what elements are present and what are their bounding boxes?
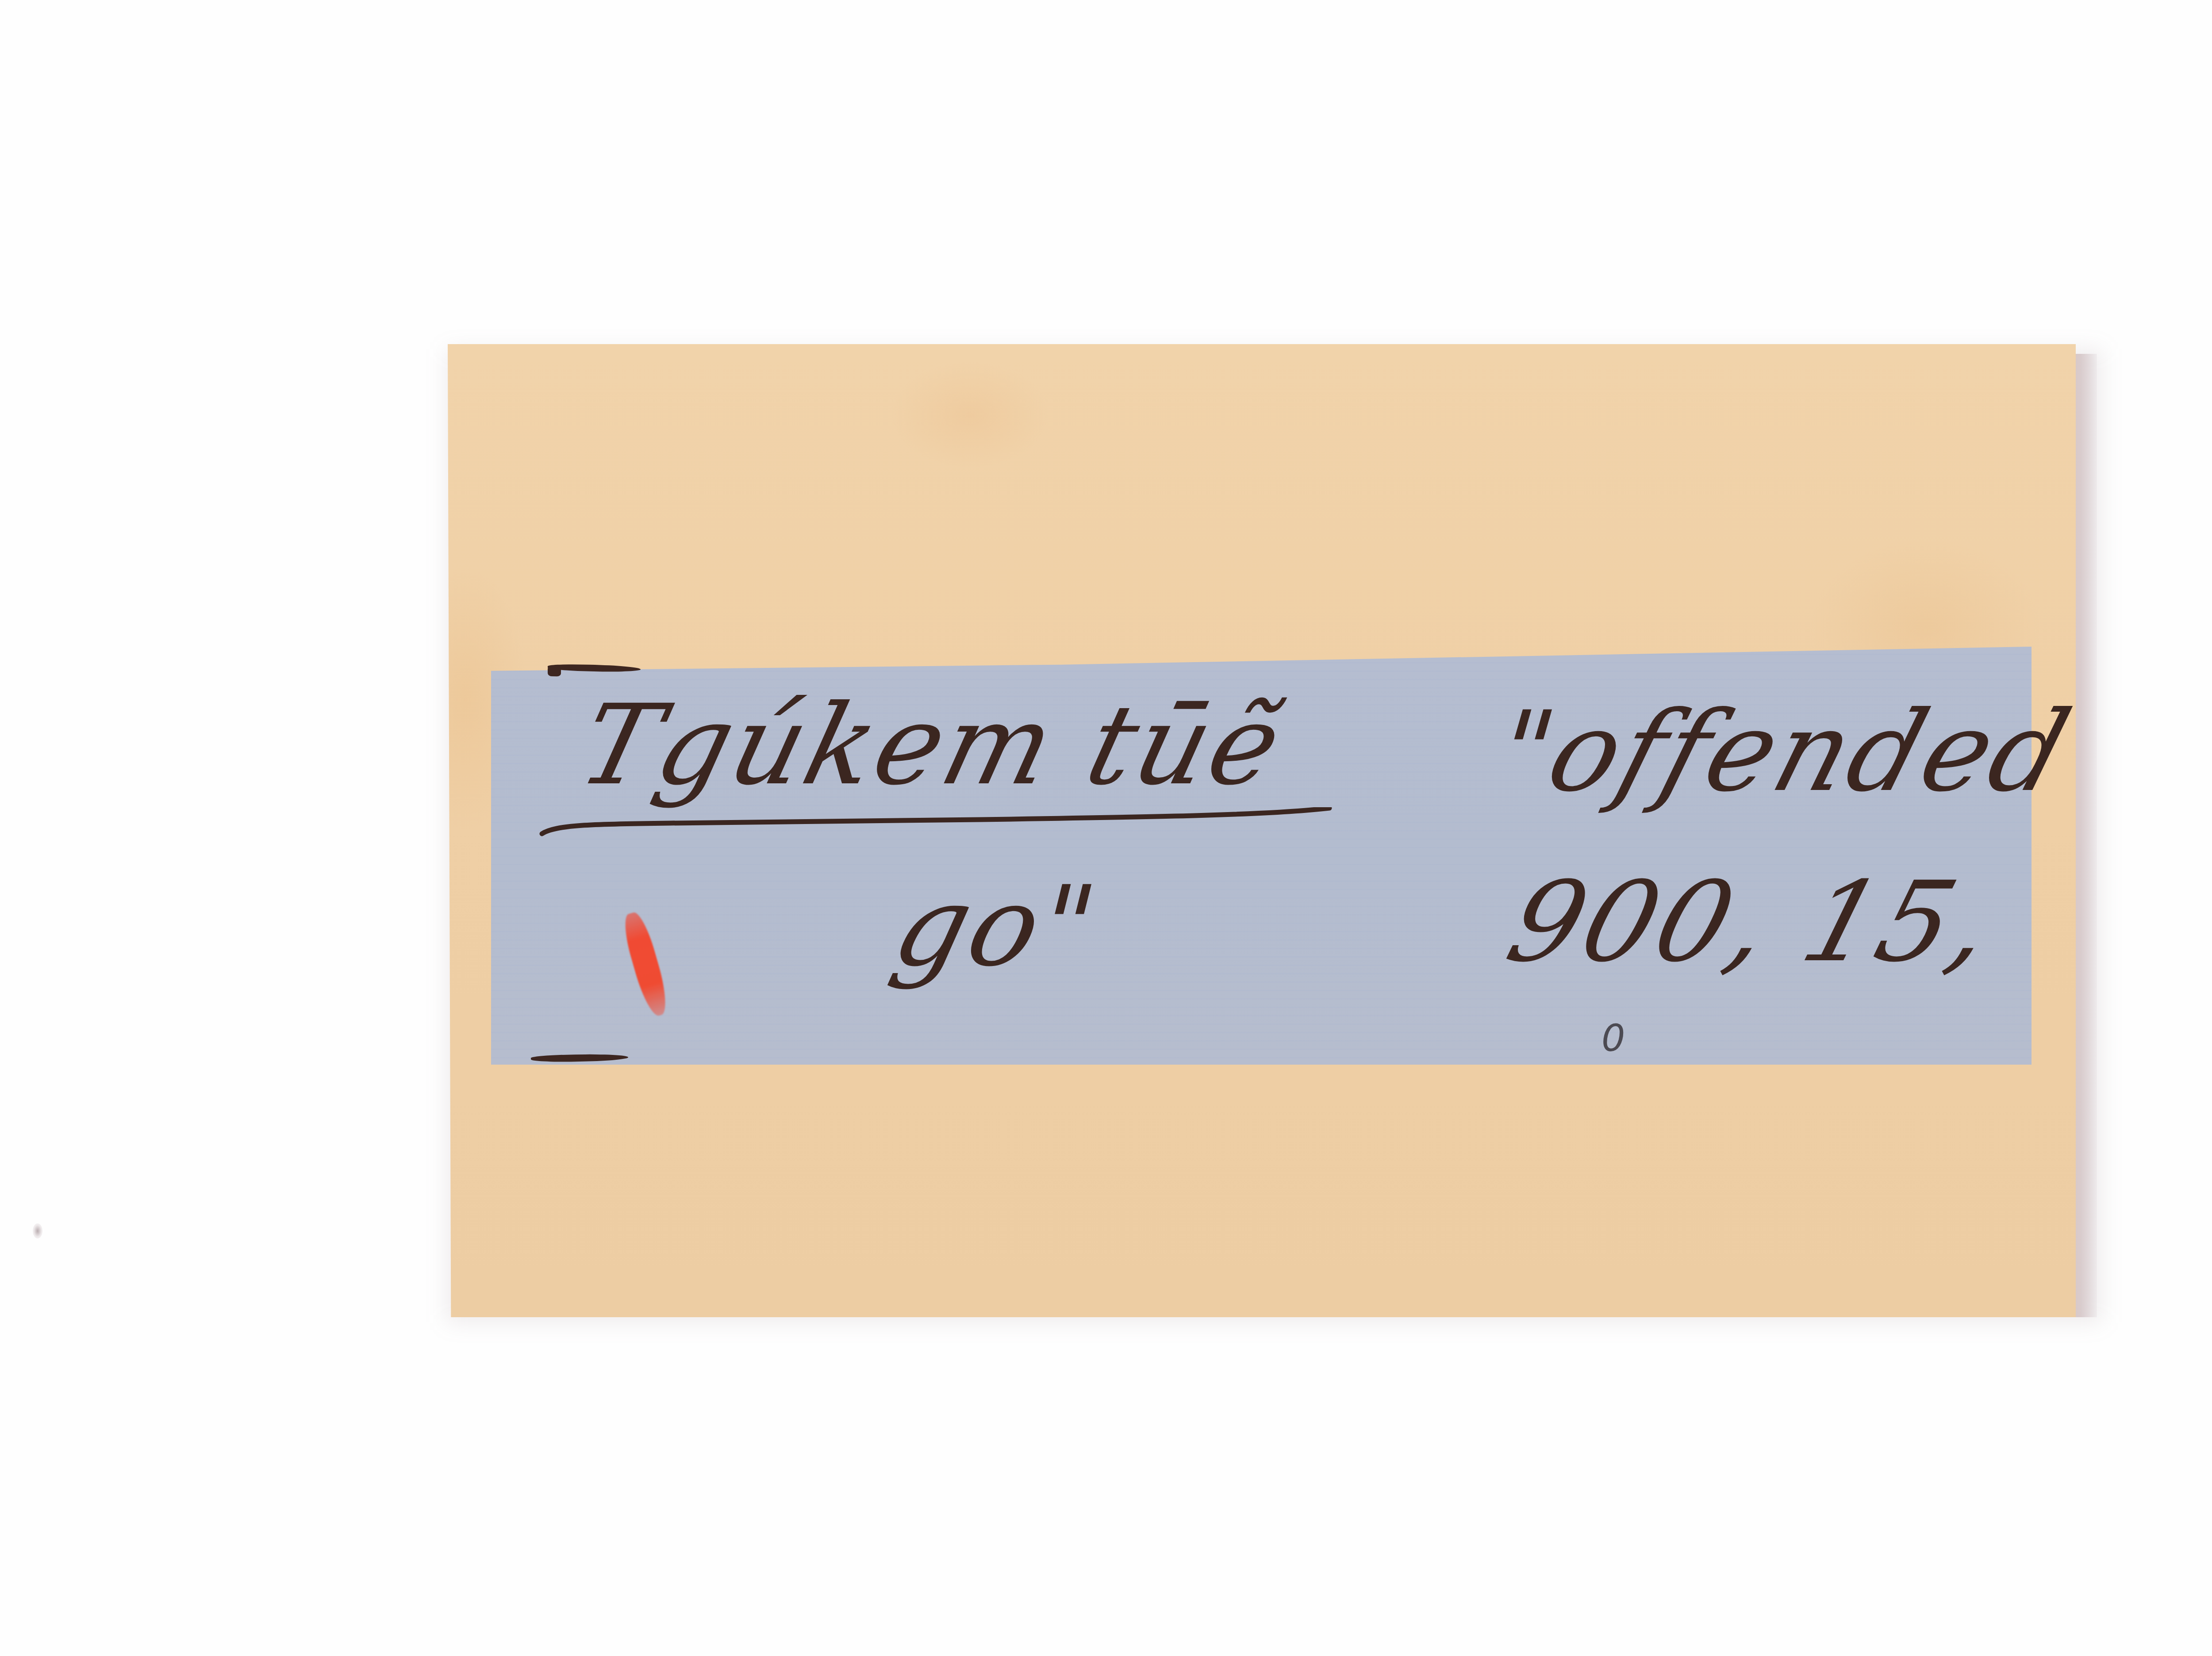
gloss-continuation-text: go" (884, 871, 1108, 982)
headword-underline (538, 807, 1334, 838)
pencil-note: 0 (1601, 1020, 1625, 1057)
reference-number: 900, 15, (1497, 867, 2007, 977)
headword-text: Tgúkem tūẽ (570, 690, 1294, 801)
dust-speck (33, 1223, 42, 1238)
gloss-text: "offended (1484, 697, 2082, 807)
